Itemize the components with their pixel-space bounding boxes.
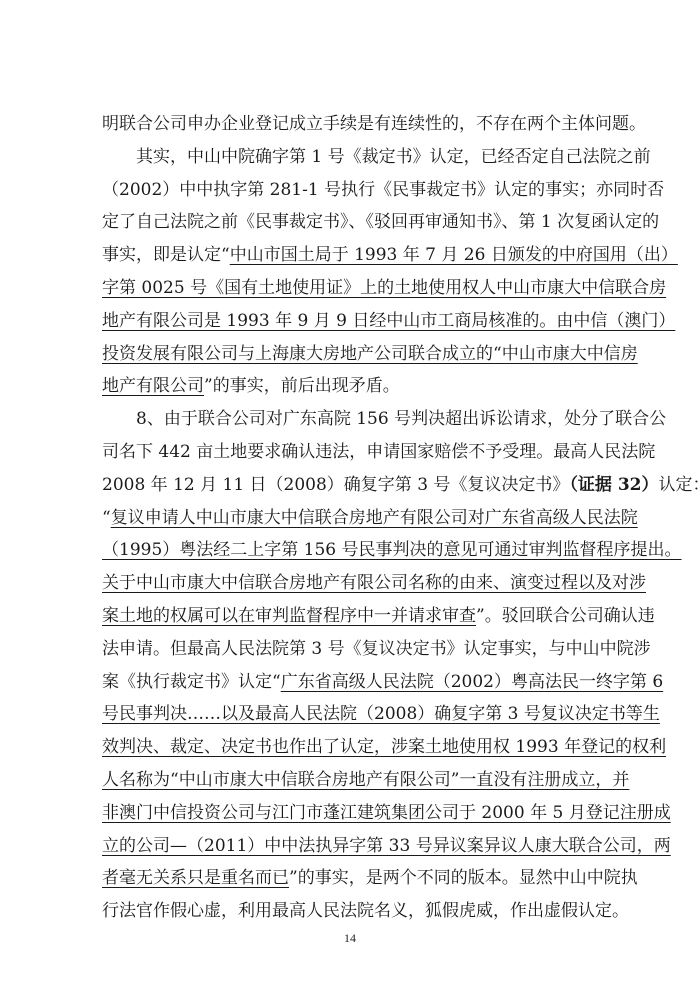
text-line: 其实，中山中院确字第 1 号《裁定书》认定，已经否定自己法院之前: [102, 143, 628, 176]
text-line-content: 人名称为“中山市康大中信联合房地产有限公司”一直没有注册成立，并: [102, 766, 628, 799]
text-line-content: 8、由于联合公司对广东高院 156 号判决超出诉讼请求，处分了联合公: [102, 405, 628, 438]
text-segment: “: [102, 508, 111, 528]
text-line-content: 事实，即是认定“中山市国土局于 1993 年 7 月 26 日颁发的中府国用（出…: [102, 241, 628, 274]
text-line: 2008 年 12 月 11 日（2008）确复字第 3 号《复议决定书》（证据…: [102, 471, 628, 504]
text-line-content: 行法官作假心虚，利用最高人民法院名义，狐假虎威，作出虚假认定。: [102, 897, 628, 930]
text-line: （2002）中中执字第 281-1 号执行《民事裁定书》认定的事实；亦同时否: [102, 176, 628, 209]
underlined-text: 地产有限公司: [102, 376, 204, 396]
text-line: 司名下 442 亩土地要求确认违法，申请国家赔偿不予受理。最高人民法院: [102, 438, 628, 471]
text-segment: 认定：: [659, 475, 700, 495]
text-line-content: 关于中山市康大中信联合房地产有限公司名称的由来、演变过程以及对涉: [102, 569, 628, 602]
text-line: 立的公司—（2011）中中法执异字第 33 号异议案异议人康大联合公司，两: [102, 832, 628, 865]
text-line: 明联合公司申办企业登记成立手续是有连续性的，不存在两个主体问题。: [102, 110, 628, 143]
text-line: 投资发展有限公司与上海康大房地产公司联合成立的“中山市康大中信房: [102, 340, 628, 373]
underlined-text: 者毫无关系只是重名而已: [102, 868, 289, 888]
text-line: 行法官作假心虚，利用最高人民法院名义，狐假虎威，作出虚假认定。: [102, 897, 628, 930]
text-line-content: 案土地的权属可以在审判监督程序中一并请求审查”。驳回联合公司确认违: [102, 602, 628, 635]
text-segment: 司名下 442 亩土地要求确认违法，申请国家赔偿不予受理。最高人民法院: [102, 442, 655, 462]
text-line-content: 司名下 442 亩土地要求确认违法，申请国家赔偿不予受理。最高人民法院: [102, 438, 628, 471]
text-segment: （2002）中中执字第 281-1 号执行《民事裁定书》认定的事实；亦同时否: [102, 180, 664, 200]
text-segment: 明联合公司申办企业登记成立手续是有连续性的，不存在两个主体问题。: [102, 114, 646, 134]
text-line-content: 明联合公司申办企业登记成立手续是有连续性的，不存在两个主体问题。: [102, 110, 628, 143]
document-body: 明联合公司申办企业登记成立手续是有连续性的，不存在两个主体问题。 其实，中山中院…: [102, 110, 628, 930]
bold-text: （证据 32）: [569, 475, 658, 495]
text-line-content: 字第 0025 号《国有土地使用证》上的土地使用权人中山市康大中信联合房: [102, 274, 628, 307]
text-line: “复议申请人中山市康大中信联合房地产有限公司对广东省高级人民法院: [102, 504, 628, 537]
underlined-text: 投资发展有限公司与上海康大房地产公司联合成立的“中山市康大中信房: [102, 344, 638, 364]
text-line: 关于中山市康大中信联合房地产有限公司名称的由来、演变过程以及对涉: [102, 569, 628, 602]
text-line: 人名称为“中山市康大中信联合房地产有限公司”一直没有注册成立，并: [102, 766, 628, 799]
text-line: 案土地的权属可以在审判监督程序中一并请求审查”。驳回联合公司确认违: [102, 602, 628, 635]
text-line: 非澳门中信投资公司与江门市蓬江建筑集团公司于 2000 年 5 月登记注册成: [102, 799, 628, 832]
text-segment: 8、由于联合公司对广东高院 156 号判决超出诉讼请求，处分了联合公: [102, 409, 666, 429]
text-line: 地产有限公司是 1993 年 9 月 9 日经中山市工商局核准的。由中信（澳门）: [102, 307, 628, 340]
text-line-content: 号民事判决……以及最高人民法院（2008）确复字第 3 号复议决定书等生: [102, 700, 628, 733]
text-line-content: 立的公司—（2011）中中法执异字第 33 号异议案异议人康大联合公司，两: [102, 832, 628, 865]
text-line: 者毫无关系只是重名而已”的事实，是两个不同的版本。显然中山中院执: [102, 864, 628, 897]
text-line-content: 定了自己法院之前《民事裁定书》、《驳回再审通知书》、第 1 次复函认定的: [102, 208, 628, 241]
text-line: 号民事判决……以及最高人民法院（2008）确复字第 3 号复议决定书等生: [102, 700, 628, 733]
text-line: 案《执行裁定书》认定“广东省高级人民法院（2002）粤高法民一终字第 6: [102, 668, 628, 701]
text-segment: ”的事实，前后出现矛盾。: [204, 376, 400, 396]
text-line: 8、由于联合公司对广东高院 156 号判决超出诉讼请求，处分了联合公: [102, 405, 628, 438]
text-line: 地产有限公司”的事实，前后出现矛盾。: [102, 372, 628, 405]
underlined-text: （1995）粤法经二上字第 156 号民事判决的意见可通过审判监督程序提出。: [102, 540, 682, 560]
text-line: 定了自己法院之前《民事裁定书》、《驳回再审通知书》、第 1 次复函认定的: [102, 208, 628, 241]
text-segment: 其实，中山中院确字第 1 号《裁定书》认定，已经否定自己法院之前: [102, 147, 651, 167]
underlined-text: 案土地的权属可以在审判监督程序中一并请求审查: [102, 606, 476, 626]
text-line-content: 效判决、裁定、决定书也作出了认定，涉案土地使用权 1993 年登记的权利: [102, 733, 628, 766]
underlined-text: 效判决、裁定、决定书也作出了认定，涉案土地使用权 1993 年登记的权利: [102, 737, 666, 757]
text-line: 字第 0025 号《国有土地使用证》上的土地使用权人中山市康大中信联合房: [102, 274, 628, 307]
page-number: 14: [0, 931, 700, 946]
underlined-text: 广东省高级人民法院（2002）粤高法民一终字第 6: [281, 672, 663, 692]
text-line-content: 者毫无关系只是重名而已”的事实，是两个不同的版本。显然中山中院执: [102, 864, 628, 897]
underlined-text: 字第 0025 号《国有土地使用证》上的土地使用权人中山市康大中信联合房: [102, 278, 666, 298]
text-line-content: “复议申请人中山市康大中信联合房地产有限公司对广东省高级人民法院: [102, 504, 628, 537]
text-segment: 定了自己法院之前《民事裁定书》、《驳回再审通知书》、第 1 次复函认定的: [102, 212, 659, 232]
underlined-text: 中山市国土局于 1993 年 7 月 26 日颁发的中府国用（出）: [230, 245, 678, 265]
text-line: （1995）粤法经二上字第 156 号民事判决的意见可通过审判监督程序提出。: [102, 536, 628, 569]
text-line: 效判决、裁定、决定书也作出了认定，涉案土地使用权 1993 年登记的权利: [102, 733, 628, 766]
text-line-content: 2008 年 12 月 11 日（2008）确复字第 3 号《复议决定书》（证据…: [102, 471, 628, 504]
text-line-content: 非澳门中信投资公司与江门市蓬江建筑集团公司于 2000 年 5 月登记注册成: [102, 799, 628, 832]
text-line-content: （1995）粤法经二上字第 156 号民事判决的意见可通过审判监督程序提出。: [102, 536, 628, 569]
text-line-content: 地产有限公司”的事实，前后出现矛盾。: [102, 372, 628, 405]
underlined-text: 立的公司—（2011）中中法执异字第 33 号异议案异议人康大联合公司，两: [102, 836, 671, 856]
text-segment: ”的事实，是两个不同的版本。显然中山中院执: [289, 868, 638, 888]
text-segment: 法申请。但最高人民法院第 3 号《复议决定书》认定事实，与中山中院涉: [102, 639, 651, 659]
text-line-content: 案《执行裁定书》认定“广东省高级人民法院（2002）粤高法民一终字第 6: [102, 668, 628, 701]
text-line-content: （2002）中中执字第 281-1 号执行《民事裁定书》认定的事实；亦同时否: [102, 176, 628, 209]
underlined-text: 地产有限公司是 1993 年 9 月 9 日经中山市工商局核准的。由中信（澳门）: [102, 311, 675, 331]
underlined-text: 人名称为“中山市康大中信联合房地产有限公司”一直没有注册成立，并: [102, 770, 629, 790]
text-segment: 行法官作假心虚，利用最高人民法院名义，狐假虎威，作出虚假认定。: [102, 901, 629, 921]
document-page: 明联合公司申办企业登记成立手续是有连续性的，不存在两个主体问题。 其实，中山中院…: [0, 0, 700, 990]
underlined-text: 关于中山市康大中信联合房地产有限公司名称的由来、演变过程以及对涉: [102, 573, 646, 593]
text-line-content: 其实，中山中院确字第 1 号《裁定书》认定，已经否定自己法院之前: [102, 143, 628, 176]
text-segment: 案《执行裁定书》认定“: [102, 672, 281, 692]
text-segment: 2008 年 12 月 11 日（2008）确复字第 3 号《复议决定书》: [102, 475, 569, 495]
underlined-text: 复议申请人中山市康大中信联合房地产有限公司对广东省高级人民法院: [111, 508, 638, 528]
underlined-text: 非澳门中信投资公司与江门市蓬江建筑集团公司于 2000 年 5 月登记注册成: [102, 803, 671, 823]
text-segment: ”。驳回联合公司确认违: [476, 606, 655, 626]
text-line-content: 投资发展有限公司与上海康大房地产公司联合成立的“中山市康大中信房: [102, 340, 628, 373]
underlined-text: 号民事判决……以及最高人民法院（2008）确复字第 3 号复议决定书等生: [102, 704, 660, 724]
text-segment: 事实，即是认定“: [102, 245, 230, 265]
text-line: 法申请。但最高人民法院第 3 号《复议决定书》认定事实，与中山中院涉: [102, 635, 628, 668]
text-line-content: 法申请。但最高人民法院第 3 号《复议决定书》认定事实，与中山中院涉: [102, 635, 628, 668]
text-line-content: 地产有限公司是 1993 年 9 月 9 日经中山市工商局核准的。由中信（澳门）: [102, 307, 628, 340]
text-line: 事实，即是认定“中山市国土局于 1993 年 7 月 26 日颁发的中府国用（出…: [102, 241, 628, 274]
